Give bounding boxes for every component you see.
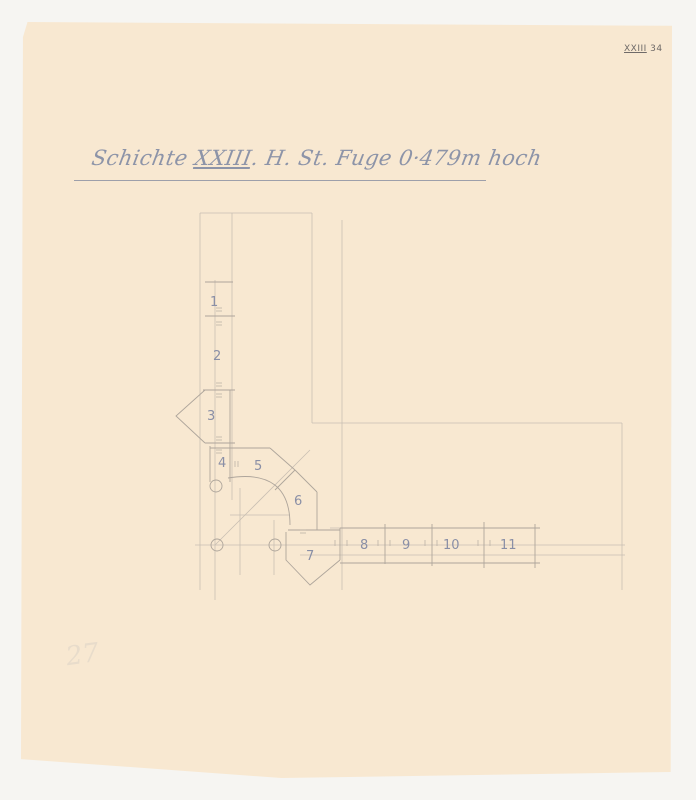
- joint-ticks: [216, 308, 490, 546]
- segment-label-5: 5: [254, 459, 262, 474]
- segment-label-7: 7: [306, 549, 314, 564]
- dowel-circles: [210, 480, 281, 551]
- segment-label-3: 3: [207, 409, 215, 424]
- segment-labels: 1 2 3 4 5 6 7 8 9 10 11: [207, 295, 517, 564]
- dowel-circle: [210, 480, 222, 492]
- segment-label-9: 9: [402, 538, 410, 553]
- segment-label-8: 8: [360, 538, 368, 553]
- construction-drawing: 1 2 3 4 5 6 7 8 9 10 11: [0, 0, 696, 800]
- segment-label-11: 11: [500, 538, 517, 553]
- segment-label-1: 1: [210, 295, 218, 310]
- segment-label-6: 6: [294, 494, 302, 509]
- segment-label-2: 2: [213, 349, 221, 364]
- segment-label-10: 10: [443, 538, 460, 553]
- segment-label-4: 4: [218, 456, 226, 471]
- stone-outlines: [176, 282, 540, 585]
- faded-page-number: 27: [64, 638, 101, 672]
